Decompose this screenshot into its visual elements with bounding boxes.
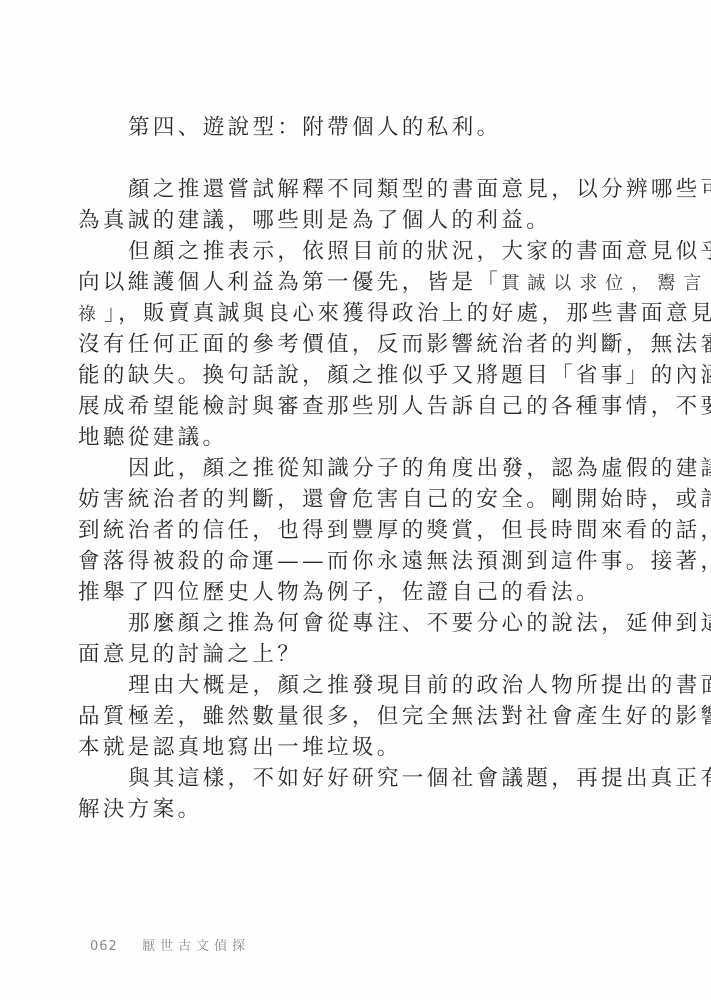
classical-quote: 祿 xyxy=(78,304,104,325)
paragraph-line: 因此，顏之推從知識分子的角度出發，認為虛假的建議不僅 xyxy=(78,453,602,484)
page-footer: 062 厭世古文偵探 xyxy=(90,935,250,954)
page-number: 062 xyxy=(90,939,118,954)
paragraph-line: 理由大概是，顏之推發現目前的政治人物所提出的書面意見 xyxy=(78,670,602,701)
paragraph-line: 解決方案。 xyxy=(78,794,602,825)
paragraph-gap xyxy=(78,143,602,174)
paragraph-line: 本就是認真地寫出一堆垃圾。 xyxy=(78,732,602,763)
paragraph-line: 但顏之推表示，依照目前的狀況，大家的書面意見似乎傾 xyxy=(78,236,602,267)
paragraph-line: 能的缺失。換句話說，顏之推似乎又將題目「省事」的內涵，拓 xyxy=(78,360,602,391)
book-title: 厭世古文偵探 xyxy=(142,939,250,954)
paragraph-line: 展成希望能檢討與審查那些別人告訴自己的各種事情，不要輕易 xyxy=(78,391,602,422)
body-text: 第四、遊說型：附帶個人的私利。 顏之推還嘗試解釋不同類型的書面意見，以分辨哪些可… xyxy=(78,112,602,825)
paragraph-line: 到統治者的信任，也得到豐厚的獎賞，但長時間來看的話，依舊 xyxy=(78,515,602,546)
paragraph-line: 妨害統治者的判斷，還會危害自己的安全。剛開始時，或許能得 xyxy=(78,484,602,515)
paragraph-line-with-quote: 向以維護個人利益為第一優先，皆是「貫誠以求位，鬻言以干 xyxy=(78,267,602,298)
classical-quote: 貫誠以求位，鬻言以干 xyxy=(501,273,711,294)
paragraph-line: 那麼顏之推為何會從專注、不要分心的說法，延伸到這種書 xyxy=(78,608,602,639)
paragraph-line: 為真誠的建議，哪些則是為了個人的利益。 xyxy=(78,205,602,236)
paragraph-line: 地聽從建議。 xyxy=(78,422,602,453)
book-page: 第四、遊說型：附帶個人的私利。 顏之推還嘗試解釋不同類型的書面意見，以分辨哪些可… xyxy=(0,0,711,1000)
paragraph-line: 會落得被殺的命運——而你永遠無法預測到這件事。接著，顏之 xyxy=(78,546,602,577)
paragraph-line-with-quote: 祿」，販賣真誠與良心來獲得政治上的好處，那些書面意見完全 xyxy=(78,298,602,329)
paragraph-line: 面意見的討論之上？ xyxy=(78,639,602,670)
text-run: 向以維護個人利益為第一優先，皆是「 xyxy=(78,270,501,295)
paragraph-line: 沒有任何正面的參考價值，反而影響統治者的判斷，無法審視可 xyxy=(78,329,602,360)
paragraph-line: 第四、遊說型：附帶個人的私利。 xyxy=(78,112,602,143)
paragraph-line: 顏之推還嘗試解釋不同類型的書面意見，以分辨哪些可以作 xyxy=(78,174,602,205)
paragraph-line: 品質極差，雖然數量很多，但完全無法對社會產生好的影響，根 xyxy=(78,701,602,732)
paragraph-line: 與其這樣，不如好好研究一個社會議題，再提出真正有用的 xyxy=(78,763,602,794)
paragraph-line: 推舉了四位歷史人物為例子，佐證自己的看法。 xyxy=(78,577,602,608)
text-run: 」，販賣真誠與良心來獲得政治上的好處，那些書面意見完全 xyxy=(104,301,711,326)
